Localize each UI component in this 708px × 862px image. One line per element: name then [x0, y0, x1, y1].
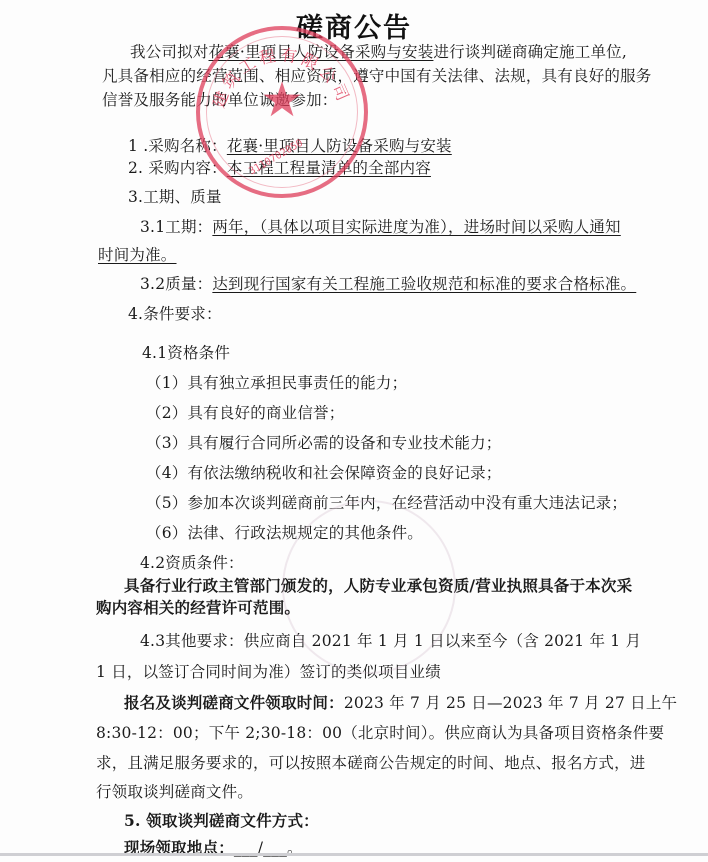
condition-item: （3）具有履行合同所必需的设备和专业技术能力；: [146, 433, 501, 453]
registration-line-2: 8:30-12：00；下午 2;30-18：00（北京时间）。供应商认为具备项目…: [96, 723, 664, 743]
registration-line-1: 报名及谈判磋商文件领取时间：2023 年 7 月 25 日—2023 年 7 月…: [124, 693, 677, 713]
schedule-row-cont: 时间为准。: [98, 245, 177, 265]
certification-heading: 4.2资质条件：: [140, 553, 244, 573]
procurement-name-row: 1 .采购名称：花襄·里项目人防设备采购与安装: [128, 136, 452, 156]
page-bottom-edge: [0, 853, 708, 856]
document-title: 磋商公告: [0, 6, 708, 45]
section-4-heading: 4.条件要求：: [128, 304, 222, 324]
intro-line-2: 凡具备相应的经营范围、相应资质，遵守中国有关法律、法规，具有良好的服务: [102, 66, 652, 86]
registration-label: 报名及谈判磋商文件领取时间：: [124, 693, 344, 712]
schedule-label: 3.1工期：: [140, 218, 212, 236]
schedule-value: 两年，（具体以项目实际进度为准），进场时间以采购人通知: [212, 218, 620, 236]
quality-row: 3.2质量：达到现行国家有关工程施工验收规范和标准的要求合格标准。: [140, 274, 636, 294]
procurement-content-label: 2. 采购内容：: [128, 159, 227, 177]
section-3-heading: 3.工期、质量: [128, 187, 222, 207]
registration-period: 2023 年 7 月 25 日—2023 年 7 月 27 日上午: [344, 694, 677, 712]
certification-line-2: 购内容相关的经营许可范围。: [96, 598, 300, 618]
schedule-row: 3.1工期：两年，（具体以项目实际进度为准），进场时间以采购人通知: [140, 217, 621, 237]
procurement-content-value: 本工程工程量清单的全部内容: [227, 159, 431, 177]
document-page: 磋商公告 我公司拟对花襄·里项目人防设备采购与安装进行谈判磋商确定施工单位, 凡…: [0, 0, 708, 862]
condition-item: （1）具有独立承担民事责任的能力；: [146, 373, 407, 393]
quality-value: 达到现行国家有关工程施工验收规范和标准的要求合格标准。: [212, 275, 636, 293]
procurement-content-row: 2. 采购内容：本工程工程量清单的全部内容: [128, 158, 431, 178]
intro-line-3: 信誉及服务能力的单位诚邀参加：: [102, 90, 338, 110]
intro-prefix: 我公司拟对: [130, 43, 209, 61]
schedule-value-cont: 时间为准。: [98, 246, 177, 264]
qualification-heading: 4.1资格条件: [142, 343, 230, 363]
intro-project-name: 花襄·里项目人防设备采购与安装: [209, 43, 434, 61]
quality-label: 3.2质量：: [140, 275, 212, 293]
section-5-heading: 5. 领取谈判磋商文件方式：: [124, 811, 319, 831]
condition-item: （4）有依法缴纳税收和社会保障资金的良好记录；: [146, 463, 501, 483]
intro-line-1: 我公司拟对花襄·里项目人防设备采购与安装进行谈判磋商确定施工单位,: [130, 42, 627, 62]
registration-line-4: 行领取谈判磋商文件。: [96, 782, 253, 802]
procurement-name-label: 1 .采购名称：: [128, 137, 227, 155]
procurement-name-value: 花襄·里项目人防设备采购与安装: [227, 137, 452, 155]
registration-line-3: 求，且满足服务要求的，可以按照本磋商公告规定的时间、地点、报名方式，进: [96, 753, 646, 773]
intro-suffix: 进行谈判磋商确定施工单位,: [433, 43, 627, 61]
condition-item: （2）具有良好的商业信誉；: [146, 403, 344, 423]
faint-bleed-stamp: [282, 500, 456, 674]
